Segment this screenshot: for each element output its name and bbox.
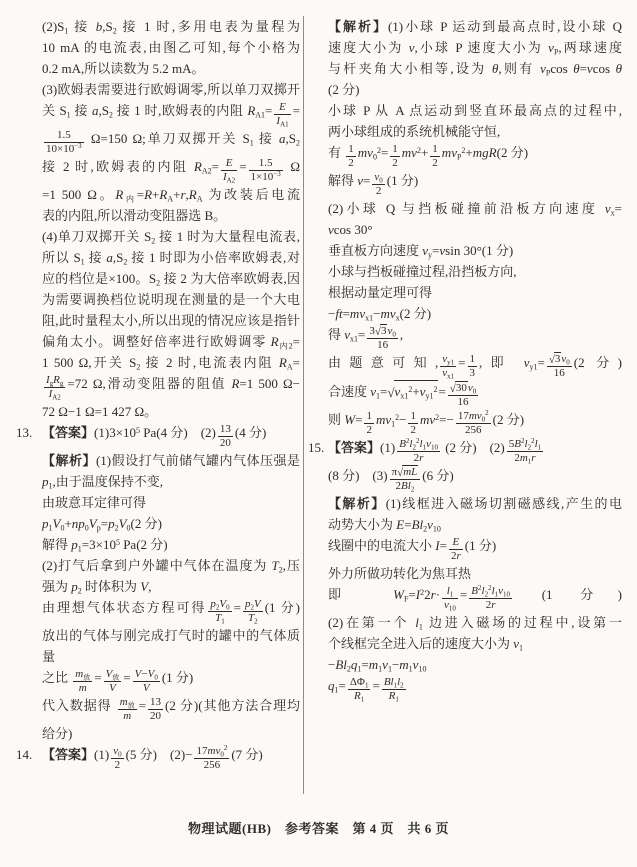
math-var: m	[380, 306, 389, 321]
text-span: mL	[402, 465, 418, 479]
radical-sign: √	[549, 354, 555, 367]
text-span: S2	[116, 250, 127, 265]
fraction: Bl1l2R1	[381, 676, 407, 703]
math-var: v10	[498, 585, 510, 597]
math-var: m	[403, 466, 411, 478]
math-var: V0	[53, 516, 65, 531]
math-var: RA2	[194, 159, 212, 174]
text-line: 代入数据得 m放m=1320(2 分)(其他方法合理均	[16, 695, 300, 723]
fraction: π√mL2Bl2	[389, 465, 422, 493]
math-var: I2	[416, 587, 424, 602]
math-var: v12	[385, 412, 399, 427]
text-span: 2r	[397, 452, 440, 465]
text-span: 13	[218, 423, 233, 437]
right-column: 【解析】(1)小球 P 运动到最高点时,设小球 Q速度大小为 v,小球 P 速度…	[308, 16, 622, 703]
text-span: S1	[59, 103, 70, 118]
text-span: ΔΦ1	[350, 676, 369, 688]
text-line: 根据动量定理可得	[308, 282, 622, 303]
text-span: ΔΦ1	[348, 676, 371, 690]
math-var: V0	[148, 668, 158, 680]
text-span: 13	[148, 696, 163, 710]
math-var: m	[420, 412, 429, 427]
text-line: 两小球组成的系统机械能守恒,	[308, 121, 622, 142]
page-footer: 物理试题(HB) 参考答案 第 4 页 共 6 页	[0, 818, 637, 837]
math-var: V	[140, 579, 148, 594]
math-var: r	[491, 599, 495, 611]
math-var: p2	[71, 579, 82, 594]
text-span: √30v0	[448, 381, 478, 396]
math-var: l1	[535, 438, 542, 450]
text-line: 动势大小为 E=Bl2v10	[308, 514, 622, 535]
fraction: ΔΦ1R1	[347, 676, 372, 703]
text-span: vx1	[440, 367, 456, 380]
math-var: m放	[120, 696, 135, 708]
math-var: a	[279, 131, 286, 146]
text-span: 256	[194, 759, 229, 772]
math-var: B	[412, 517, 420, 532]
item-number: 13.	[16, 422, 42, 443]
text-line: 则 W=12mv12−12mv2=−17mv02256(2 分)	[308, 409, 622, 437]
text-line: 之比 m放m=V放V=V−V0V(1 分)	[16, 667, 300, 695]
math-var: v2	[429, 412, 439, 427]
text-line: 解得 v=v02(1 分)	[308, 170, 622, 198]
fraction: √3v016	[546, 352, 573, 380]
fraction: 5B2l22l12m1r	[506, 438, 544, 465]
fraction: 13	[467, 353, 479, 380]
math-var: ft	[335, 306, 342, 321]
text-span: 1.5	[249, 157, 283, 171]
text-span: S2	[105, 19, 116, 34]
math-var: v10	[427, 517, 441, 532]
math-var: v10	[426, 438, 438, 450]
math-var: r	[431, 587, 436, 602]
math-var: q1	[328, 678, 339, 693]
text-line: (3)欧姆表需要进行欧姆调零,所以单刀双掷开	[16, 79, 300, 100]
text-line: 小球 P 从 A 点运动到竖直环最高点的过程中,	[308, 100, 622, 121]
fraction: EIA1	[273, 101, 291, 128]
math-var: v02	[367, 145, 381, 160]
text-span: m放	[118, 696, 137, 710]
fraction: IgRgIA2	[43, 374, 66, 401]
math-var: vx1	[344, 327, 358, 342]
text-line: 小球与挡板碰撞过程,沿挡板方向,	[308, 261, 622, 282]
text-span: 1	[408, 410, 418, 424]
text-line: =1 500 Ω。R内=R+RA+r,RA 为改装后电流	[16, 184, 300, 205]
math-var: Rg	[53, 374, 63, 386]
text-line: 由玻意耳定律可得	[16, 492, 300, 513]
text-span: vy1	[440, 353, 456, 367]
text-span: √3v0	[547, 352, 572, 367]
text-span: V	[133, 682, 160, 695]
text-span: 5B2l22l1	[507, 438, 543, 452]
text-span: 1	[468, 353, 478, 367]
text-span: 30	[455, 381, 468, 395]
math-var: R	[232, 376, 240, 391]
text-line: 放出的气体与刚完成打气时的罐中的气体质量	[16, 625, 300, 667]
text-span: S1	[242, 131, 253, 146]
math-var: vP2	[451, 145, 465, 160]
text-span: V放	[104, 668, 122, 682]
text-line: vcos 30°	[308, 219, 622, 240]
math-var: l2	[408, 480, 415, 492]
math-var: B2	[399, 438, 409, 450]
fraction: v02	[110, 745, 124, 772]
text-line: 关 S1 接 a,S2 接 1 时,欧姆表的内阻 RA1=EIA1=	[16, 100, 300, 128]
text-line: 所以 S1 接 a,S2 接 1 时即为小倍率欧姆表,对	[16, 247, 300, 268]
text-span: 20	[218, 437, 233, 450]
fraction: B2l22l1v102r	[468, 585, 513, 612]
text-span: 16	[547, 367, 572, 380]
math-var: vy	[422, 243, 432, 258]
math-var: IA2	[49, 388, 61, 400]
radical-sign: √	[450, 383, 456, 396]
text-span: 2r	[449, 550, 463, 563]
math-var: m	[123, 710, 131, 722]
item-number: 15.	[308, 437, 328, 458]
fraction: 1320	[217, 423, 234, 450]
text-span: l1	[442, 585, 458, 599]
text-line: (2 分)	[308, 79, 622, 100]
math-var: m	[79, 682, 87, 694]
math-var: RA	[189, 187, 203, 202]
text-span: 2	[408, 424, 418, 437]
math-var: R	[489, 145, 497, 160]
text-span: 10×10−3	[44, 143, 84, 156]
text-span: p2V	[243, 598, 263, 612]
text-span: 17mv02	[194, 745, 229, 759]
text-line: (2)在第一个 l1 边进入磁场的过程中,设第一	[308, 612, 622, 633]
fraction: p2V0T1	[207, 598, 232, 625]
math-var: p2	[108, 516, 119, 531]
math-var: m	[469, 410, 477, 422]
math-var: v0	[468, 382, 476, 394]
text-line: 13.【答案】(1)3×105 Pa(4 分) (2)1320(4 分)	[16, 422, 300, 450]
text-span: T2	[243, 612, 263, 625]
text-line: 个线框完全进入后的速度大小为 v1	[308, 633, 622, 654]
text-span: S1	[57, 19, 68, 34]
text-line: 垂直板方向速度 vy=vsin 30°(1 分)	[308, 240, 622, 261]
text-span: 10×10−3	[46, 143, 82, 155]
text-span: B2l22l1v10	[397, 438, 440, 452]
radical: √3	[549, 353, 562, 365]
text-span: S1	[73, 250, 84, 265]
text-line: 应的档位是×100。S2 接 2 为大倍率欧姆表,因	[16, 268, 300, 289]
math-var: E	[452, 536, 459, 548]
text-span: 1	[346, 143, 356, 157]
math-var: v	[409, 40, 415, 55]
math-var: l22	[409, 438, 419, 450]
math-var: R内	[115, 187, 136, 202]
fraction: 12	[389, 143, 401, 170]
text-line: 与杆夹角大小相等,设为 θ,则有 vPcos θ=vcos θ	[308, 58, 622, 79]
text-line: 即 WF=I22r·l1v10=B2l22l1v102r (1 分)	[308, 584, 622, 612]
fraction: p2VT2	[242, 598, 264, 625]
math-var: p2	[245, 598, 254, 610]
radical-sign: √	[387, 382, 394, 403]
text-line: p1,由于温度保持不变,	[16, 471, 300, 492]
text-line: IgRgIA2=72 Ω,滑动变阻器的阻值 R=1 500 Ω−	[16, 373, 300, 401]
text-span: 3×105	[109, 425, 140, 440]
math-var: b	[96, 19, 103, 34]
text-span: 16	[448, 396, 478, 409]
fraction: E2r	[448, 536, 464, 563]
math-var: v2	[411, 145, 421, 160]
math-var: θ	[616, 61, 622, 76]
text-span: 1.5	[44, 129, 84, 143]
text-line: 15.【答案】(1)B2l22l1v102r (2 分) (2)5B2l22l1…	[308, 437, 622, 465]
math-var: vy12	[420, 384, 438, 399]
math-var: v1	[382, 657, 392, 672]
math-var: v0	[561, 353, 569, 365]
math-var: v0	[374, 171, 382, 183]
text-line: 表的内阻,所以滑动变阻器选 B。	[16, 205, 300, 226]
math-var: l22	[482, 585, 492, 597]
math-var: v02	[215, 745, 227, 757]
math-var: l2	[420, 517, 428, 532]
text-span: IA1	[274, 115, 290, 128]
fraction: V−V0V	[132, 668, 161, 695]
fraction: 12	[345, 143, 357, 170]
fraction: V放V	[103, 668, 123, 695]
text-line: 72 Ω−1 Ω=1 427 Ω。	[16, 401, 300, 422]
fraction: v02	[371, 171, 385, 198]
math-var: vx1	[442, 367, 454, 379]
column-divider	[303, 16, 304, 794]
fraction: 3√3v016	[366, 324, 398, 352]
math-var: r	[180, 187, 185, 202]
math-var: vx1	[359, 306, 373, 321]
text-span: vx12+vy12	[394, 380, 439, 402]
text-span: S2	[102, 103, 113, 118]
math-var: W	[344, 412, 355, 427]
text-span: V	[104, 682, 122, 695]
text-span: T1	[208, 612, 231, 625]
math-var: l2	[397, 676, 404, 688]
math-var: m	[442, 145, 451, 160]
math-var: v	[357, 173, 363, 188]
math-var: l1	[447, 585, 454, 597]
math-var: T1	[215, 612, 225, 624]
radical: √3	[375, 325, 388, 337]
text-span: 3√3v0	[367, 324, 397, 339]
fraction: vy1vx1	[439, 353, 457, 380]
fraction: m放m	[72, 668, 93, 695]
math-var: E	[226, 157, 233, 169]
text-span: 20	[148, 710, 163, 723]
text-line: q1=ΔΦ1R1=Bl1l2R1	[308, 675, 622, 703]
text-line: −ft=mvx1−mvx(2 分)	[308, 303, 622, 324]
text-span: S2	[289, 131, 300, 146]
math-var: r	[456, 550, 460, 562]
math-var: v1	[370, 384, 380, 399]
text-span: V−V0	[133, 668, 160, 682]
math-var: p1	[71, 537, 82, 552]
text-span: 16	[367, 339, 397, 352]
math-var: r	[419, 452, 423, 464]
math-var: vy1	[524, 355, 538, 370]
radical: √mL	[397, 466, 418, 478]
math-var: R1	[389, 690, 399, 702]
text-span: π√mL	[390, 465, 421, 480]
text-line: 接 2 时,欧姆表的内阻 RA2=EIA2=1.51×10−3 Ω	[16, 156, 300, 184]
math-var: a	[92, 103, 99, 118]
text-span: IA2	[221, 171, 237, 184]
fraction: 1320	[147, 696, 164, 723]
text-line: 有 12mv02=12mv2+12mvP2+mgR(2 分)	[308, 142, 622, 170]
text-span: 17mv02	[456, 410, 491, 424]
radical-sign: √	[375, 326, 381, 339]
math-var: R1	[354, 690, 364, 702]
text-span: 3×105	[89, 537, 120, 552]
math-var: l1	[415, 615, 423, 630]
text-span: R1	[348, 690, 371, 703]
fraction: 12	[429, 143, 441, 170]
math-var: p1	[42, 516, 53, 531]
text-span: 3	[468, 367, 478, 380]
math-var: IA1	[276, 115, 288, 127]
math-var: θ	[573, 61, 579, 76]
fraction: B2l22l1v102r	[396, 438, 441, 465]
text-span: 1×10−3	[251, 171, 281, 183]
math-var: B	[401, 480, 408, 492]
text-span: 1	[390, 143, 400, 157]
text-span: E	[274, 101, 290, 115]
text-line: 为需要调换档位说明现在测量的是一个大电	[16, 289, 300, 310]
math-var: B2	[514, 438, 524, 450]
text-span: R1	[382, 690, 406, 703]
text-span: B2l22l1v10	[469, 585, 512, 599]
math-var: V	[135, 668, 142, 680]
fraction: 12	[363, 410, 375, 437]
math-var: RA	[159, 187, 173, 202]
math-var: m1	[520, 452, 531, 464]
math-var: T2	[272, 558, 283, 573]
text-line: 【解析】(1)线框进入磁场切割磁感线,产生的电	[308, 493, 622, 514]
text-line: 【解析】(1)小球 P 运动到最高点时,设小球 Q	[308, 16, 622, 37]
radical: √30	[450, 382, 468, 394]
math-var: v0	[113, 745, 121, 757]
math-var: v10	[413, 657, 427, 672]
document-page: (2)S1 接 b,S2 接 1 时,多用电表为量程为10 mA 的电流表,由图…	[0, 0, 637, 867]
bold-label: 【答案】	[42, 425, 94, 440]
bold-label: 【答案】	[328, 440, 380, 455]
math-var: θ	[492, 61, 498, 76]
math-var: vx	[390, 306, 400, 321]
math-var: vx	[605, 201, 615, 216]
math-var: v0	[387, 325, 395, 337]
text-span: 256	[456, 424, 491, 437]
math-var: m	[350, 306, 359, 321]
math-var: vP	[548, 40, 558, 55]
text-line: 强为 p2 时体积为 V,	[16, 576, 300, 597]
math-var: m1	[369, 657, 382, 672]
math-var: R	[144, 187, 152, 202]
text-line: 由题意可知,vy1vx1=13,即 vy1=√3v016(2 分)	[308, 352, 622, 380]
text-span: 2	[346, 157, 356, 170]
text-span: m放	[73, 668, 92, 682]
math-var: m	[358, 145, 367, 160]
radical-sign: √	[397, 467, 403, 480]
text-span: 1	[430, 143, 440, 157]
fraction: 12	[407, 410, 419, 437]
text-line: 解得 p1=3×105 Pa(2 分)	[16, 534, 300, 555]
math-var: I	[435, 538, 439, 553]
text-span: E	[221, 157, 237, 171]
text-span: 2	[364, 424, 374, 437]
fraction: 1.51×10−3	[248, 157, 284, 184]
math-var: V放	[106, 668, 120, 680]
text-span: 2Bl2	[390, 480, 421, 493]
text-span: 2	[372, 185, 384, 198]
text-span: 1	[364, 410, 374, 424]
math-var: T2	[248, 612, 258, 624]
text-line: 给分)	[16, 723, 300, 744]
fraction: m放m	[117, 696, 138, 723]
radical: √vx12+vy12	[387, 384, 438, 399]
math-var: vx12	[395, 384, 413, 399]
bold-label: 【解析】	[328, 19, 388, 34]
bold-label: 【解析】	[42, 453, 96, 468]
text-span: IA2	[44, 388, 65, 401]
text-line: (2)小球 Q 与挡板碰撞前沿板方向速度 vx=	[308, 198, 622, 219]
text-line: 偏角太小。调整好倍率进行欧姆调零 R内2=	[16, 331, 300, 352]
text-line: 10 mA 的电流表,由图乙可知,每个小格为	[16, 37, 300, 58]
text-span: m	[73, 682, 92, 695]
math-var: r	[531, 452, 535, 464]
math-var: v	[328, 222, 334, 237]
fraction: 17mv02256	[193, 745, 230, 772]
text-line: 1 500 Ω,开关 S2 接 2 时,电流表内阻 RA=	[16, 352, 300, 373]
text-line: 0.2 mA,所以读数为 5.2 mA。	[16, 58, 300, 79]
text-line: −Bl2q1=m1v1−m1v10	[308, 654, 622, 675]
math-var: Vp	[89, 516, 101, 531]
text-span: 2m1r	[507, 452, 543, 465]
math-var: V	[109, 682, 116, 694]
math-var: WF	[393, 587, 408, 602]
text-line: 外力所做功转化为焦耳热	[308, 563, 622, 584]
text-line: 14.【答案】(1)v02(5 分) (2)−17mv02256(7 分)	[16, 744, 300, 772]
math-var: m	[376, 412, 385, 427]
fraction: √30v016	[447, 381, 479, 409]
math-var: l2	[343, 657, 351, 672]
math-var: V0	[219, 598, 229, 610]
text-line: (2)打气后拿到户外罐中气体在温度为 T2,压	[16, 555, 300, 576]
text-span: E	[449, 536, 463, 550]
fraction: l1v10	[441, 585, 459, 612]
text-span: 2	[390, 157, 400, 170]
text-span: S2	[144, 229, 155, 244]
text-span: p2V0	[208, 598, 231, 612]
math-var: p1	[42, 474, 53, 489]
text-line: p1V0+np0Vp=p2V0(2 分)	[16, 513, 300, 534]
math-var: vy1	[442, 353, 454, 365]
math-var: l22	[525, 438, 535, 450]
text-span: v0	[111, 745, 123, 759]
fraction: EIA2	[220, 157, 238, 184]
text-line: 线圈中的电流大小 I=E2r(1 分)	[308, 535, 622, 563]
math-var: B2	[471, 585, 481, 597]
text-span: 2	[111, 759, 123, 772]
math-var: IA2	[223, 171, 235, 183]
text-span: Bl1l2	[382, 676, 406, 690]
item-number: 14.	[16, 744, 42, 765]
text-line: (8 分) (3)π√mL2Bl2(6 分)	[308, 465, 622, 493]
math-var: E	[396, 517, 404, 532]
math-var: B	[384, 676, 391, 688]
text-span: m	[118, 710, 137, 723]
math-var: E	[279, 101, 286, 113]
text-line: 【解析】(1)假设打气前储气罐内气体压强是	[16, 450, 300, 471]
